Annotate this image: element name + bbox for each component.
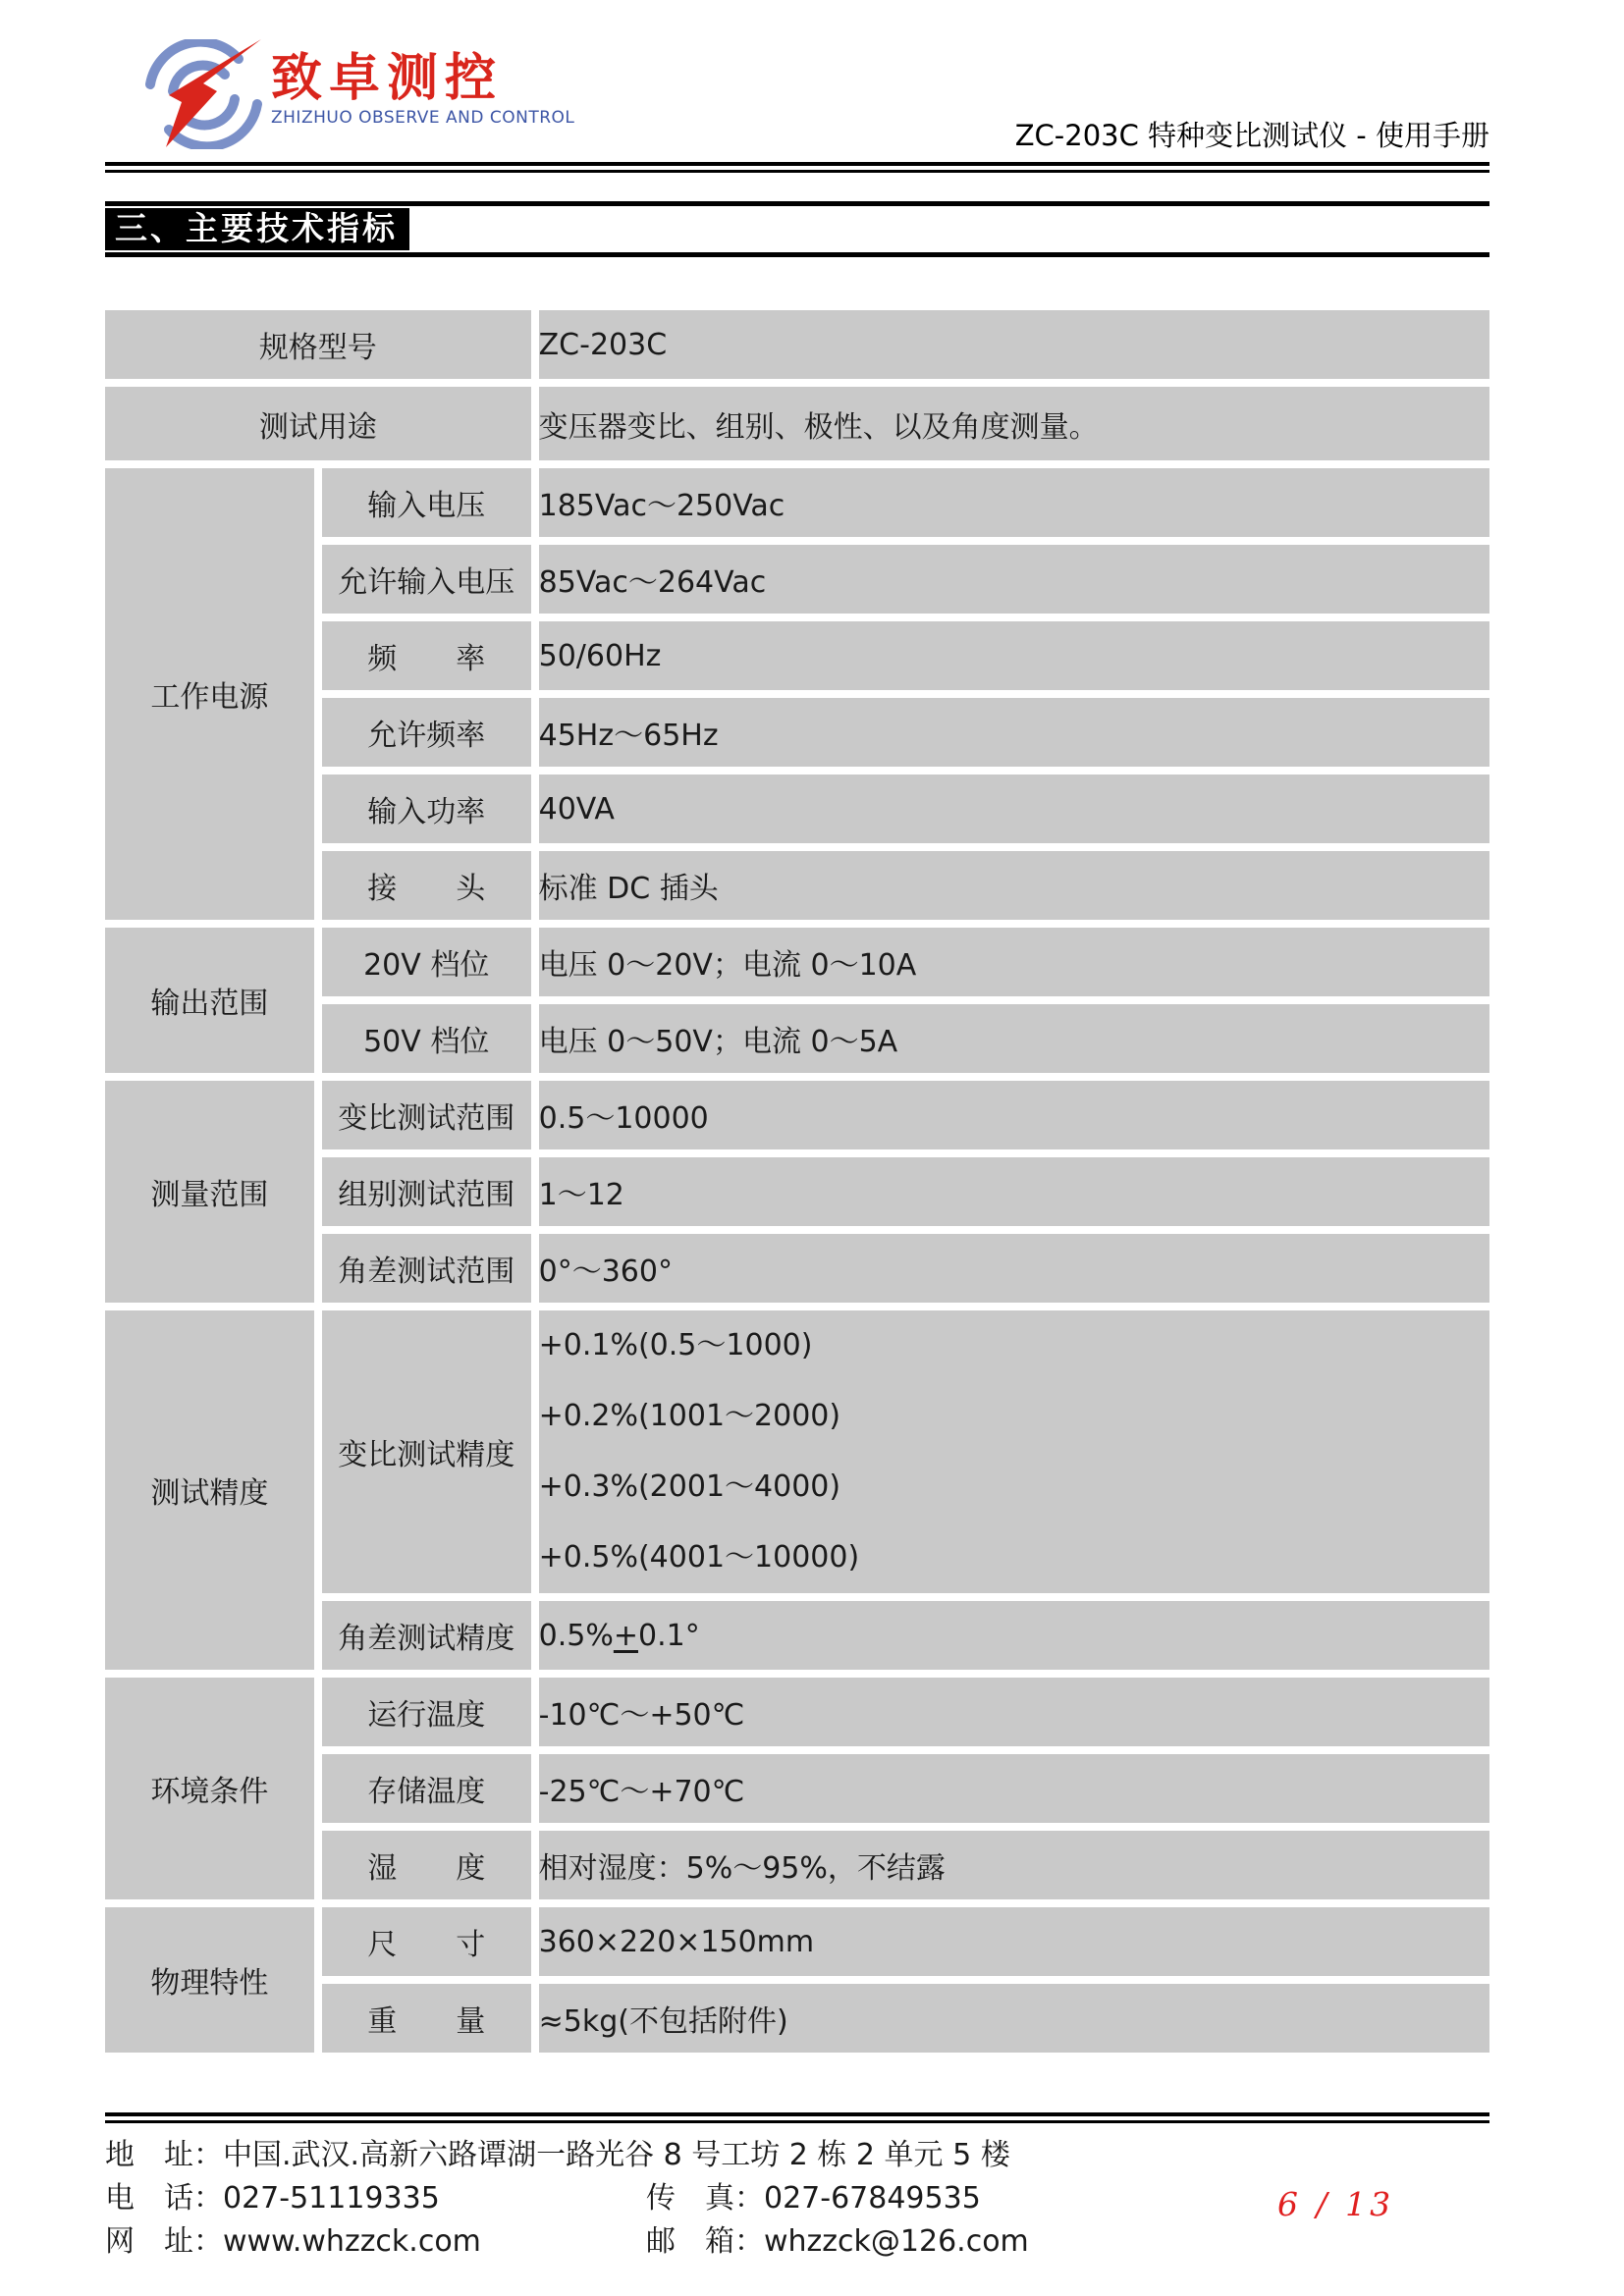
brand-name: 致卓测控	[271, 53, 574, 104]
spec-value-cell: 40VA	[539, 774, 1489, 843]
spec-value-cell: 1～12	[539, 1157, 1489, 1226]
spec-name-cell: 角差测试范围	[322, 1234, 531, 1303]
spec-name-cell: 存储温度	[322, 1754, 531, 1823]
spec-value-cell: -10℃～+50℃	[539, 1678, 1489, 1746]
spec-name-cell: 测试用途	[105, 387, 531, 460]
plus-minus-sign: +	[614, 1619, 638, 1653]
spec-table: 规格型号 ZC-203C 测试用途 变压器变比、组别、极性、以及角度测量。 工作…	[97, 302, 1497, 2060]
spec-name-cell: 规格型号	[105, 310, 531, 379]
spec-value-cell: 0°～360°	[539, 1234, 1489, 1303]
website-value: www.whzzck.com	[223, 2224, 481, 2259]
angle-accuracy-value: 0.5%	[539, 1619, 614, 1653]
ratio-accuracy-lines: +0.1%(0.5～1000) +0.2%(1001～2000) +0.3%(2…	[539, 1310, 1489, 1593]
document-title: ZC-203C 特种变比测试仪 - 使用手册	[1015, 114, 1489, 154]
spec-name-cell: 重 量	[322, 1984, 531, 2053]
category-cell: 环境条件	[105, 1678, 314, 1899]
table-row: 测量范围 变比测试范围 0.5～10000	[105, 1081, 1489, 1149]
category-cell: 测量范围	[105, 1081, 314, 1303]
category-cell: 工作电源	[105, 468, 314, 920]
spec-value-cell: +0.1%(0.5～1000) +0.2%(1001～2000) +0.3%(2…	[539, 1310, 1489, 1593]
accuracy-line: +0.1%(0.5～1000)	[539, 1310, 1489, 1381]
spec-value-cell: 标准 DC 插头	[539, 851, 1489, 920]
logo-text-block: 致卓测控 ZHIZHUO OBSERVE AND CONTROL	[271, 39, 574, 128]
spec-value-cell: 0.5～10000	[539, 1081, 1489, 1149]
spec-name-cell: 湿 度	[322, 1831, 531, 1899]
address-label: 地 址：	[105, 2138, 223, 2172]
accuracy-line: +0.5%(4001～10000)	[539, 1522, 1489, 1593]
spec-table-wrap: 规格型号 ZC-203C 测试用途 变压器变比、组别、极性、以及角度测量。 工作…	[105, 302, 1489, 2060]
company-logo: 致卓测控 ZHIZHUO OBSERVE AND CONTROL	[142, 39, 574, 149]
spec-name-cell: 角差测试精度	[322, 1601, 531, 1670]
spec-value-cell: 50/60Hz	[539, 621, 1489, 690]
spec-name-cell: 接 头	[322, 851, 531, 920]
section-title: 三、主要技术指标	[105, 208, 409, 250]
footer-web-line: 网 址：www.whzzck.com 邮 箱：whzzck@126.com	[105, 2220, 1489, 2264]
spec-name-cell: 尺 寸	[322, 1907, 531, 1976]
spec-name-cell: 允许输入电压	[322, 545, 531, 614]
spec-name-cell: 变比测试范围	[322, 1081, 531, 1149]
spec-name-cell: 20V 档位	[322, 928, 531, 996]
spec-value-cell: 电压 0～50V；电流 0～5A	[539, 1004, 1489, 1073]
angle-accuracy-value: 0.1°	[638, 1619, 700, 1653]
spec-value-cell: 45Hz～65Hz	[539, 698, 1489, 767]
category-cell: 物理特性	[105, 1907, 314, 2053]
phone-value: 027-51119335	[223, 2181, 440, 2216]
spec-value-cell: 360×220×150mm	[539, 1907, 1489, 1976]
footer-address-line: 地 址：中国.武汉.高新六路谭湖一路光谷 8 号工坊 2 栋 2 单元 5 楼	[105, 2134, 1489, 2177]
footer-rule	[105, 2112, 1489, 2123]
spec-value-cell: 变压器变比、组别、极性、以及角度测量。	[539, 387, 1489, 460]
page-content: 致卓测控 ZHIZHUO OBSERVE AND CONTROL ZC-203C…	[105, 0, 1489, 2053]
table-row: 环境条件 运行温度 -10℃～+50℃	[105, 1678, 1489, 1746]
category-cell: 测试精度	[105, 1310, 314, 1670]
section-heading: 三、主要技术指标	[105, 201, 1489, 257]
spec-name-cell: 50V 档位	[322, 1004, 531, 1073]
email-label: 邮 箱：	[646, 2224, 764, 2259]
page-number: 6 / 13	[1277, 2185, 1394, 2223]
table-row: 测试用途 变压器变比、组别、极性、以及角度测量。	[105, 387, 1489, 460]
spec-name-cell: 运行温度	[322, 1678, 531, 1746]
spec-value-cell: 电压 0～20V；电流 0～10A	[539, 928, 1489, 996]
category-cell: 输出范围	[105, 928, 314, 1073]
table-row: 物理特性 尺 寸 360×220×150mm	[105, 1907, 1489, 1976]
spec-value-cell: -25℃～+70℃	[539, 1754, 1489, 1823]
spec-value-cell: ≈5kg(不包括附件)	[539, 1984, 1489, 2053]
table-row: 规格型号 ZC-203C	[105, 310, 1489, 379]
accuracy-line: +0.3%(2001～4000)	[539, 1452, 1489, 1522]
header-rule	[105, 162, 1489, 173]
spec-value-cell: ZC-203C	[539, 310, 1489, 379]
spec-name-cell: 允许频率	[322, 698, 531, 767]
email-value: whzzck@126.com	[764, 2224, 1029, 2259]
lightning-arcs-logo-icon	[142, 39, 265, 149]
address-value: 中国.武汉.高新六路谭湖一路光谷 8 号工坊 2 栋 2 单元 5 楼	[223, 2138, 1010, 2172]
fax-label: 传 真：	[646, 2181, 764, 2216]
table-row: 输出范围 20V 档位 电压 0～20V；电流 0～10A	[105, 928, 1489, 996]
spec-name-cell: 输入功率	[322, 774, 531, 843]
website-label: 网 址：	[105, 2224, 223, 2259]
spec-value-cell: 相对湿度：5%～95%，不结露	[539, 1831, 1489, 1899]
fax-value: 027-67849535	[764, 2181, 981, 2216]
spec-value-cell: 185Vac～250Vac	[539, 468, 1489, 537]
spec-value-cell: 0.5%+0.1°	[539, 1601, 1489, 1670]
accuracy-line: +0.2%(1001～2000)	[539, 1381, 1489, 1452]
spec-name-cell: 组别测试范围	[322, 1157, 531, 1226]
spec-name-cell: 频 率	[322, 621, 531, 690]
table-row: 测试精度 变比测试精度 +0.1%(0.5～1000) +0.2%(1001～2…	[105, 1310, 1489, 1593]
page-header: 致卓测控 ZHIZHUO OBSERVE AND CONTROL ZC-203C…	[105, 0, 1489, 162]
spec-value-cell: 85Vac～264Vac	[539, 545, 1489, 614]
spec-name-cell: 输入电压	[322, 468, 531, 537]
table-row: 工作电源 输入电压 185Vac～250Vac	[105, 468, 1489, 537]
brand-subtitle: ZHIZHUO OBSERVE AND CONTROL	[271, 108, 574, 128]
spec-name-cell: 变比测试精度	[322, 1310, 531, 1593]
phone-label: 电 话：	[105, 2181, 223, 2216]
